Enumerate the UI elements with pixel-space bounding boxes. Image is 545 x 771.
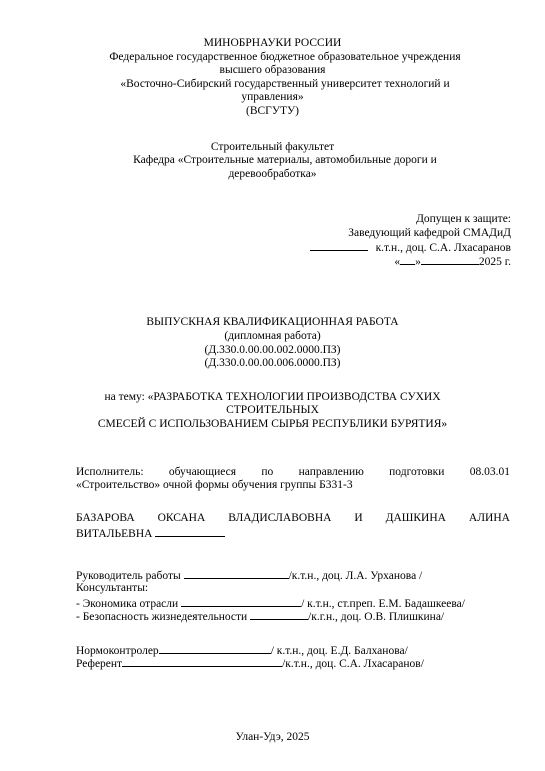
name-word: БАЗАРОВА [76,512,135,525]
consultants-label: Консультанты: [76,582,148,595]
safety-consultant-name: /к.г.н., доц. О.В. Плишкина/ [308,611,444,623]
executor-word: по [261,466,273,479]
ministry-header: МИНОБРНАУКИ РОССИИ [60,37,485,50]
university-line-1: «Восточно-Сибирский государственный унив… [60,78,510,91]
executor-line-1: Исполнитель: обучающиеся по направлению … [76,466,510,479]
name-word: ОКСАНА [158,512,206,525]
faculty-name: Строительный факультет [60,141,485,154]
date-year: 2025 г. [479,256,511,268]
department-line-1: Кафедра «Строительные материалы, автомоб… [60,154,510,167]
institution-line-2: высшего образования [60,64,485,77]
head-of-department: Заведующий кафедрой СМАДиД [348,227,511,240]
topic-line-1: на тему: «РАЗРАБОТКА ТЕХНОЛОГИИ ПРОИЗВОД… [60,391,485,404]
referent-signature-blank[interactable] [122,656,282,667]
supervisor-label: Руководитель работы [76,570,181,582]
executor-word: обучающиеся [169,466,236,479]
department-line-2: деревообработка» [60,168,485,181]
executor-word: Исполнитель: [76,466,144,479]
name-word: ДАШКИНА [386,512,446,525]
work-type-title: ВЫПУСКНАЯ КВАЛИФИКАЦИОННАЯ РАБОТА [60,316,485,329]
document-code-2: (Д.330.0.00.00.006.0000.ПЗ) [60,357,485,370]
normcontrol-signature-blank[interactable] [159,643,271,654]
safety-signature-blank[interactable] [250,609,308,620]
institution-line-1: Федеральное государственное бюджетное об… [60,51,510,64]
topic-line-3: СМЕСЕЙ С ИСПОЛЬЗОВАНИЕМ СЫРЬЯ РЕСПУБЛИКИ… [60,418,485,431]
name-word: И [354,512,362,525]
economics-signature-blank[interactable] [181,596,301,607]
referent-label: Референт [76,658,122,670]
admitted-label: Допущен к защите: [416,213,511,226]
safety-label: - Безопасность жизнедеятельности [76,611,247,623]
student-names-line-2: ВИТАЛЬЕВНА [76,526,225,541]
safety-consultant-line: - Безопасность жизнедеятельности /к.г.н.… [76,609,444,624]
executor-line-2: «Строительство» очной формы обучения гру… [76,479,353,492]
name-word: АЛИНА [469,512,510,525]
referent-line: Референт/к.т.н., доц. С.А. Лхасаранов/ [76,656,424,671]
student-name-end: ВИТАЛЬЕВНА [76,528,152,540]
executor-word: подготовки [389,466,444,479]
city-year: Улан-Удэ, 2025 [60,731,485,744]
executor-word: 08.03.01 [470,466,510,479]
head-name: к.т.н., доц. С.А. Лхасаранов [376,242,511,254]
executor-word: направлению [299,466,364,479]
university-line-2: управления» [60,91,485,104]
approval-date-line: «»2025 г. [394,254,511,269]
topic-line-2: СТРОИТЕЛЬНЫХ [60,404,485,417]
document-code-1: (Д.330.0.00.00.002.0000.ПЗ) [60,344,485,357]
work-subtitle: (дипломная работа) [60,330,485,343]
date-day-blank[interactable] [400,254,415,265]
signature-blank[interactable] [310,240,368,251]
name-word: ВЛАДИСЛАВОВНА [228,512,331,525]
supervisor-signature-blank[interactable] [184,568,289,579]
university-abbreviation: (ВСГУТУ) [60,105,485,118]
student-signature-blank[interactable] [155,526,225,537]
student-names-line-1: БАЗАРОВА ОКСАНА ВЛАДИСЛАВОВНА И ДАШКИНА … [76,512,510,525]
referent-name: /к.т.н., доц. С.А. Лхасаранов/ [282,658,424,670]
date-month-blank[interactable] [421,254,479,265]
supervisor-name: /к.т.н., доц. Л.А. Урханова / [289,570,423,582]
